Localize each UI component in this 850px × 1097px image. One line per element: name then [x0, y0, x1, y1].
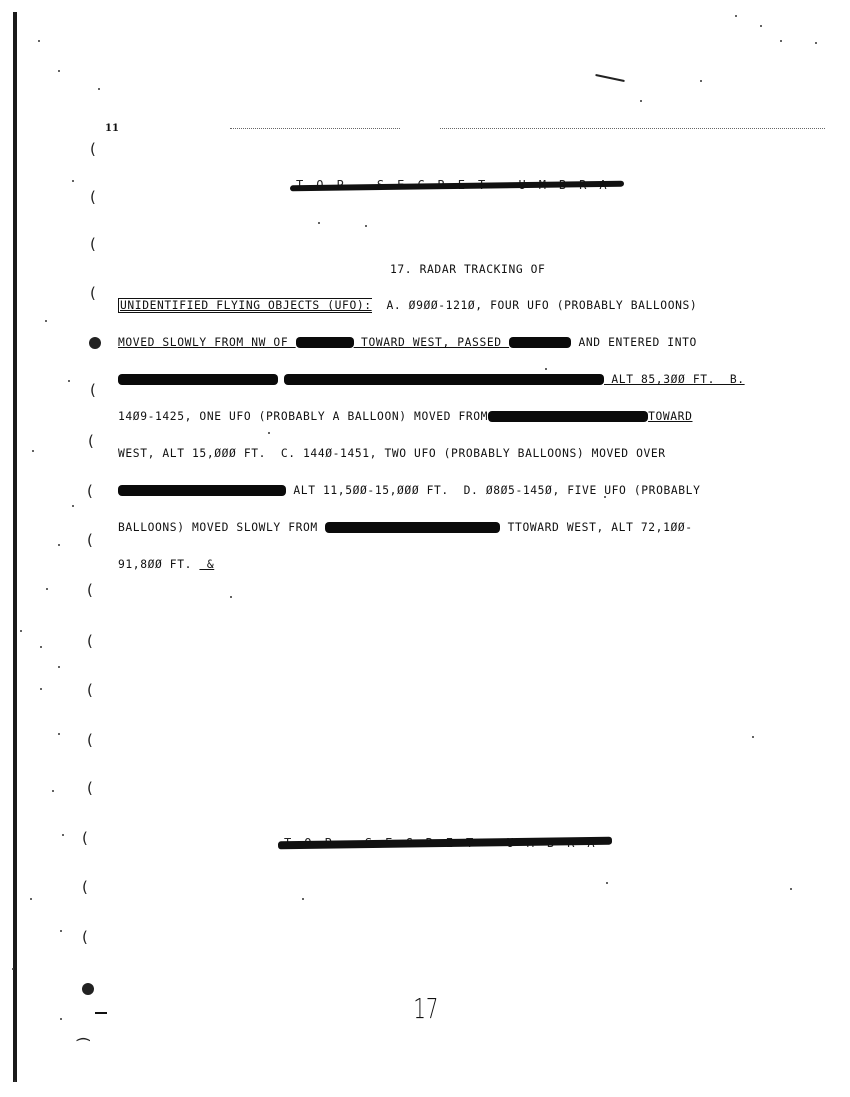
punch-hole-icon: ( [82, 831, 88, 846]
text-line: UNIDENTIFIED FLYING OBJECTS (UFO): A. Ø9… [118, 300, 778, 312]
text-line: ALT 11,5ØØ-15,ØØØ FT. D. Ø8Ø5-145Ø, FIVE… [118, 485, 778, 497]
text-line: 91,8ØØ FT. & [118, 559, 778, 571]
stray-pen-mark [595, 74, 625, 82]
text-line: MOVED SLOWLY FROM NW OF TOWARD WEST, PAS… [118, 337, 778, 349]
document-page: 11 ( ( ( ( ( ( ( ( ( ( ( ( ( ( ( ( ( TOP… [0, 0, 850, 1097]
text-line: 14Ø9-1425, ONE UFO (PROBABLY A BALLOON) … [118, 411, 778, 423]
message-body: 17. RADAR TRACKING OF UNIDENTIFIED FLYIN… [118, 239, 778, 596]
punch-hole-icon: ( [87, 484, 93, 499]
text-line: BALLOONS) MOVED SLOWLY FROM TTOWARD WEST… [118, 522, 778, 534]
redaction-block [325, 522, 500, 533]
filled-hole-icon [89, 337, 101, 349]
filled-hole-icon [82, 983, 94, 995]
punch-hole-icon: ( [90, 142, 96, 157]
punch-hole-icon: ( [87, 533, 93, 548]
redaction-block [488, 411, 648, 422]
redaction-block [118, 485, 286, 496]
redaction-block [296, 337, 354, 348]
end-mark: & [199, 558, 214, 571]
text-line: WEST, ALT 15,ØØØ FT. C. 144Ø-1451, TWO U… [118, 448, 778, 460]
punch-hole-icon: ( [90, 190, 96, 205]
punch-hole-icon: ( [87, 733, 93, 748]
punch-hole-icon: ( [82, 930, 88, 945]
heading: RADAR TRACKING OF [420, 263, 546, 276]
dotted-rule [440, 128, 825, 129]
footer-classification: TOP SECRET UMBRA [284, 836, 608, 850]
punch-hole-icon: ( [88, 434, 94, 449]
margin-dash-mark [95, 1012, 107, 1014]
page-mark: 11 [105, 123, 119, 134]
handwritten-page-number: 17 [413, 992, 438, 1025]
text-line: ALT 85,3ØØ FT. B. [118, 374, 778, 386]
punch-hole-icon: ( [87, 781, 93, 796]
dotted-rule [230, 128, 400, 129]
punch-hole-icon: ( [87, 583, 93, 598]
punch-hole-icon: ( [90, 237, 96, 252]
punch-hole-icon: ( [87, 634, 93, 649]
punch-hole-icon: ( [87, 683, 93, 698]
redaction-block [284, 374, 604, 385]
heading-line: 17. RADAR TRACKING OF [118, 264, 778, 276]
redaction-block [118, 374, 278, 385]
paragraph-number: 17. [390, 263, 412, 276]
header-classification: TOP SECRET UMBRA [296, 178, 620, 192]
redaction-block [509, 337, 571, 348]
punch-hole-icon: ( [82, 880, 88, 895]
punch-hole-icon: ( [90, 383, 96, 398]
punch-hole-icon: ( [90, 286, 96, 301]
punch-hole-icon: ( [75, 1037, 90, 1043]
binding-edge [13, 12, 17, 1082]
